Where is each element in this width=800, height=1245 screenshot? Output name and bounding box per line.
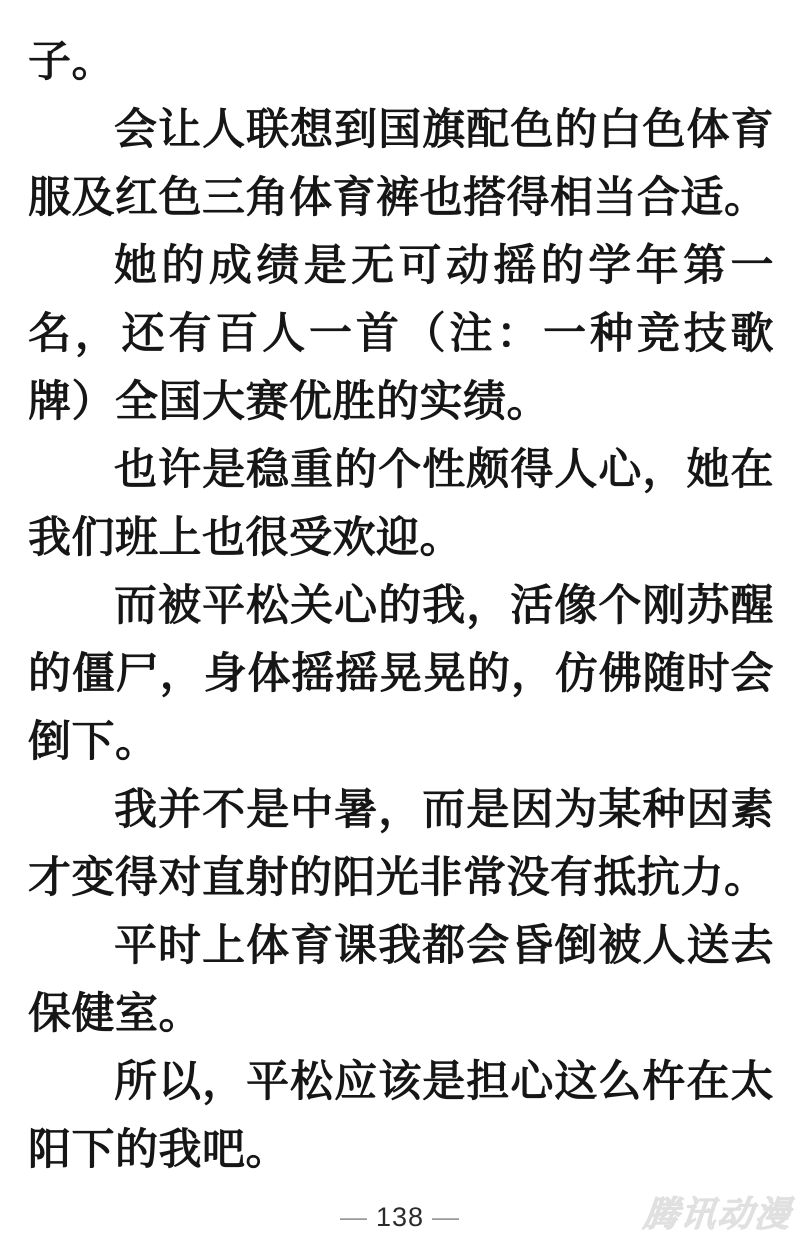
paragraph: 平时上体育课我都会昏倒被人送去保健室。 xyxy=(28,912,774,1048)
paragraph-continuation: 子。 xyxy=(28,28,774,96)
paragraph: 她的成绩是无可动摇的学年第一名，还有百人一首（注：一种竞技歌牌）全国大赛优胜的实… xyxy=(28,232,774,436)
tencent-comics-watermark: 腾讯动漫 xyxy=(641,1187,794,1237)
paragraph: 会让人联想到国旗配色的白色体育服及红色三角体育裤也搭得相当合适。 xyxy=(28,96,774,232)
footer-dash-left: — xyxy=(332,1202,376,1232)
paragraph: 而被平松关心的我，活像个刚苏醒的僵尸，身体摇摇晃晃的，仿佛随时会倒下。 xyxy=(28,572,774,776)
paragraph: 所以，平松应该是担心这么杵在太阳下的我吧。 xyxy=(28,1048,774,1184)
page-number: 138 xyxy=(376,1202,424,1232)
novel-text-page: 子。 会让人联想到国旗配色的白色体育服及红色三角体育裤也搭得相当合适。 她的成绩… xyxy=(0,0,800,1245)
novel-text-block: 子。 会让人联想到国旗配色的白色体育服及红色三角体育裤也搭得相当合适。 她的成绩… xyxy=(28,28,774,1184)
footer-dash-right: — xyxy=(424,1202,468,1232)
paragraph: 我并不是中暑，而是因为某种因素才变得对直射的阳光非常没有抵抗力。 xyxy=(28,776,774,912)
paragraph: 也许是稳重的个性颇得人心，她在我们班上也很受欢迎。 xyxy=(28,436,774,572)
